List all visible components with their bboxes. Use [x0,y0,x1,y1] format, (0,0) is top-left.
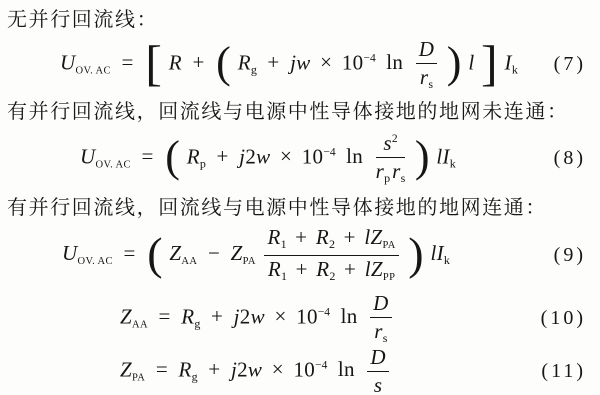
number-ten: 10 [296,304,318,328]
right-paren: ) [408,231,424,277]
ln-operator: ln [341,304,358,328]
page: 无并行回流线： UOV. AC = [ R + ( Rg + jw × 10−4… [0,0,600,395]
number-ten: 10 [302,144,324,168]
exponent-neg4: −4 [323,146,335,158]
var-r: r [376,159,384,183]
subscript-2: 2 [329,269,335,283]
var-I: I [505,50,512,74]
equation-10-formula: ZAA = Rg + j2w × 10−4 ln D rs [120,293,395,344]
var-s: s [374,373,382,395]
plus-sign: + [216,144,228,168]
equation-9-row: UOV. AC = ( ZAA − ZPA R1 + R2 + lZPA R1 … [0,221,600,289]
var-R: R [316,225,329,249]
times-sign: × [272,357,284,381]
var-R: R [169,50,182,74]
subscript-k: k [450,156,456,170]
var-w: w [256,144,270,168]
var-U: U [60,50,75,74]
fraction-s2-over-rprs: s2 rprs [376,133,406,184]
subscript-g: g [251,62,257,76]
equation-8-formula: UOV. AC = ( Rp + j2w × 10−4 ln s2 rprs )… [80,133,456,184]
times-sign: × [274,304,286,328]
number-two: 2 [237,357,248,381]
var-I: I [437,241,444,265]
plus-sign: + [267,50,279,74]
var-R: R [238,50,251,74]
equation-number-7: (7) [544,53,586,76]
var-R: R [267,225,280,249]
times-sign: × [280,144,292,168]
subscript-2: 2 [329,237,335,251]
var-r: r [392,159,400,183]
plus-sign: + [192,50,204,74]
subscript-s: s [428,77,433,91]
var-R: R [187,144,200,168]
equation-number-8: (8) [544,147,586,170]
plus-sign: + [208,357,220,381]
number-ten: 10 [294,357,316,381]
equals-sign: = [142,144,154,168]
left-paren: ( [216,41,231,85]
var-Z: Z [120,357,132,381]
equals-sign: = [156,357,168,381]
right-paren: ) [415,135,430,179]
subscript-k: k [444,253,450,267]
subscript-p: p [200,156,206,170]
section-heading-no-parallel: 无并行回流线： [0,0,600,33]
fraction-D-over-rs: D rs [416,39,437,90]
var-r: r [374,319,382,343]
subscript-PA: PA [382,240,395,251]
right-bracket: ] [481,38,498,88]
var-R: R [181,304,194,328]
var-Z: Z [371,257,383,281]
number-two: 2 [240,304,251,328]
var-s: s [383,131,391,155]
number-two: 2 [245,144,256,168]
subscript-ov-ac: OV. AC [75,65,110,76]
plus-sign: + [295,225,307,249]
subscript-s: s [401,171,406,185]
exponent-neg4: −4 [318,306,330,318]
var-w: w [251,304,265,328]
var-Z: Z [370,225,382,249]
exponent-2: 2 [392,133,398,145]
subscript-1: 1 [281,269,287,283]
var-D: D [370,345,385,369]
equation-11-formula: ZPA = Rg + j2w × 10−4 ln D s [120,347,392,395]
plus-sign: + [296,257,308,281]
number-ten: 10 [342,50,364,74]
var-R: R [316,257,329,281]
equation-number-11: (11) [531,360,586,383]
exponent-neg4: −4 [315,359,327,371]
subscript-PP: PP [383,272,395,283]
var-Z: Z [120,304,132,328]
var-l: l [468,50,474,74]
subscript-PA: PA [132,372,145,383]
equation-7-row: UOV. AC = [ R + ( Rg + jw × 10−4 ln D rs… [0,33,600,95]
left-paren: ( [165,135,180,179]
var-U: U [80,144,95,168]
var-D: D [419,37,434,61]
subscript-1: 1 [281,237,287,251]
equation-number-10: (10) [531,307,586,330]
var-Z: Z [231,241,243,265]
section-heading-parallel-unconnected: 有并行回流线，回流线与电源中性导体接地的地网未连通： [0,95,600,125]
equals-sign: = [159,304,171,328]
equation-10-row: ZAA = Rg + j2w × 10−4 ln D rs (10) [0,289,600,347]
equation-11-row: ZPA = Rg + j2w × 10−4 ln D s (11) [0,347,600,395]
var-D: D [373,291,388,315]
equation-7-formula: UOV. AC = [ R + ( Rg + jw × 10−4 ln D rs… [60,39,518,90]
subscript-ov-ac: OV. AC [95,159,130,170]
plus-sign: + [344,257,356,281]
fraction-impedance-ratio: R1 + R2 + lZPA R1 + R2 + lZPP [264,227,398,283]
var-R: R [179,357,192,381]
equation-8-row: UOV. AC = ( Rp + j2w × 10−4 ln s2 rprs )… [0,125,600,191]
equals-sign: = [122,50,134,74]
ln-operator: ln [386,50,403,74]
subscript-g: g [192,369,198,383]
subscript-g: g [194,316,200,330]
left-paren: ( [147,231,163,277]
subscript-ov-ac: OV. AC [77,256,112,267]
subscript-s: s [383,331,388,345]
var-w: w [248,357,262,381]
equation-number-9: (9) [544,244,586,267]
var-U: U [62,241,77,265]
subscript-AA: AA [181,256,197,267]
exponent-neg4: −4 [363,52,375,64]
var-Z: Z [169,241,181,265]
equals-sign: = [124,241,136,265]
var-jw: jw [290,50,310,74]
fraction-D-over-rs: D rs [370,293,391,344]
minus-sign: − [208,241,220,265]
plus-sign: + [344,225,356,249]
section-heading-parallel-connected: 有并行回流线，回流线与电源中性导体接地的地网连通： [0,191,600,221]
ln-operator: ln [338,357,355,381]
right-paren: ) [447,41,462,85]
plus-sign: + [211,304,223,328]
times-sign: × [320,50,332,74]
ln-operator: ln [346,144,363,168]
var-R: R [268,257,281,281]
left-bracket: [ [145,38,162,88]
fraction-D-over-s: D s [367,347,388,395]
subscript-PA: PA [243,256,256,267]
subscript-p: p [384,171,390,185]
equation-9-formula: UOV. AC = ( ZAA − ZPA R1 + R2 + lZPA R1 … [62,227,450,283]
subscript-AA: AA [132,319,148,330]
var-I: I [443,144,450,168]
subscript-k: k [512,62,518,76]
